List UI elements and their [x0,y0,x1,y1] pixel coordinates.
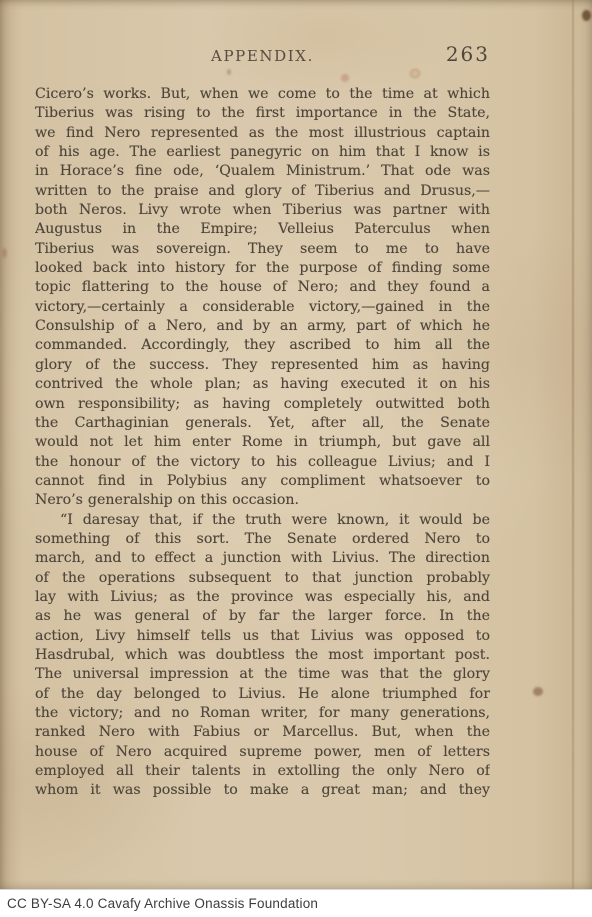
text-line: of the operations subsequent to that jun… [35,569,490,588]
text-line: whom it was possible to make a great man… [35,781,490,800]
text-line: “I daresay that, if the truth were known… [35,511,490,530]
page-stain [582,10,591,21]
running-header: APPENDIX. 263 [35,44,490,68]
page-number: 263 [446,41,490,67]
text-line: contrived the whole plan; as having exec… [35,375,490,394]
text-line: Hasdrubal, which was doubtless the most … [35,646,490,665]
text-line: action, Livy himself tells us that Liviu… [35,627,490,646]
text-line: Consulship of a Nero, and by an army, pa… [35,317,490,336]
text-line: march, and to effect a junction with Liv… [35,549,490,568]
text-line: own responsibility; as having completely… [35,395,490,414]
page-stain [2,248,7,258]
scanned-book-page: APPENDIX. 263 Cicero’s works. But, when … [0,0,592,889]
text-line: ranked Nero with Fabius or Marcellus. Bu… [35,723,490,742]
text-line: Tiberius was rising to the first importa… [35,104,490,123]
text-line: we find Nero represented as the most ill… [35,124,490,143]
page-stain [227,69,231,75]
text-line: The universal impression at the time was… [35,665,490,684]
text-line: Nero’s generalship on this occasion. [35,491,490,510]
running-title: APPENDIX. [35,44,490,68]
text-line: of the day belonged to Livius. He alone … [35,685,490,704]
text-line: both Neros. Livy wrote when Tiberius was… [35,201,490,220]
text-line: commanded. Accordingly, they ascribed to… [35,336,490,355]
license-bar: CC BY-SA 4.0 Cavafy Archive Onassis Foun… [0,889,592,917]
page-stain [341,74,349,82]
text-line: the Carthaginian generals. Yet, after al… [35,414,490,433]
text-line: as he was general of by far the larger f… [35,607,490,626]
text-line: would not let him enter Rome in triumph,… [35,433,490,452]
text-line: written to the praise and glory of Tiber… [35,182,490,201]
text-line: Cicero’s works. But, when we come to the… [35,85,490,104]
page-stain [410,69,420,78]
text-line: the victory; and no Roman writer, for ma… [35,704,490,723]
text-line: glory of the success. They represented h… [35,356,490,375]
license-text: CC BY-SA 4.0 Cavafy Archive Onassis Foun… [0,896,318,911]
text-line: the honour of the victory to his colleag… [35,453,490,472]
text-line: lay with Livius; as the province was esp… [35,588,490,607]
text-line: looked back into history for the purpose… [35,259,490,278]
text-line: victory,—certainly a considerable victor… [35,298,490,317]
text-line: of his age. The earliest panegyric on hi… [35,143,490,162]
text-line: Augustus in the Empire; Velleius Patercu… [35,220,490,239]
text-line: employed all their talents in extolling … [35,762,490,781]
page-stain [533,687,543,696]
text-line: cannot find in Polybius any compliment w… [35,472,490,491]
page-body: Cicero’s works. But, when we come to the… [35,85,490,801]
page-edge-line [572,0,574,889]
text-line: house of Nero acquired supreme power, me… [35,743,490,762]
text-line: Tiberius was sovereign. They seem to me … [35,240,490,259]
text-line: something of this sort. The Senate order… [35,530,490,549]
text-line: in Horace’s fine ode, ‘Qualem Ministrum.… [35,162,490,181]
text-line: topic flattering to the house of Nero; a… [35,278,490,297]
